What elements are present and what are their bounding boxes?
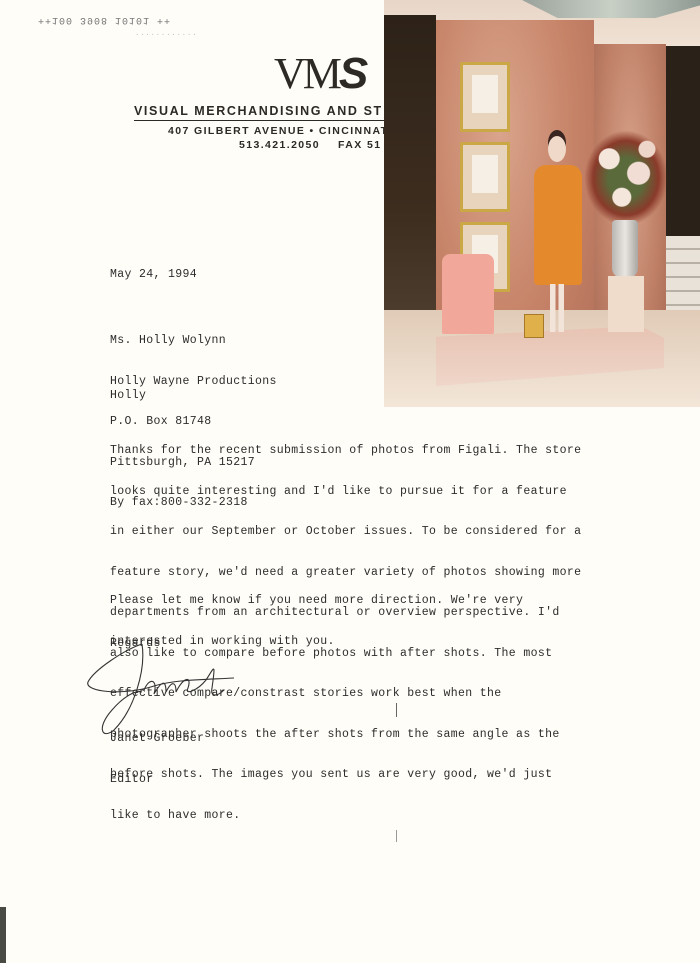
body-line: Please let me know if you need more dire…	[110, 594, 523, 608]
photo-store-interior-right	[666, 46, 700, 236]
mannequin-head	[548, 136, 566, 162]
closing: Regards	[110, 637, 161, 651]
floral-arrangement	[584, 130, 668, 226]
framed-print-2	[460, 142, 510, 212]
signer-block: Janet Groeber Editor	[110, 705, 204, 813]
logo-light-letters: VM	[274, 49, 339, 98]
perfume-bottle	[524, 314, 544, 338]
scan-edge	[0, 907, 6, 963]
scan-mark	[396, 703, 397, 717]
photo-drawers	[666, 236, 700, 312]
letterhead-phone: 513.421.2050FAX 51	[239, 139, 390, 151]
silver-vase	[612, 220, 638, 278]
body-line: Thanks for the recent submission of phot…	[110, 444, 581, 458]
vms-logo: VMS	[274, 52, 368, 96]
framed-print-1	[460, 62, 510, 132]
recipient-line: Ms. Holly Wolynn	[110, 334, 277, 348]
pedestal	[608, 276, 644, 332]
letter-page: ++100 3908 10101 ++ ............ VMS VIS…	[0, 0, 700, 963]
phone-number: 513.421.2050	[239, 139, 320, 151]
letter-date: May 24, 1994	[110, 268, 197, 282]
body-paragraph-2: Please let me know if you need more dire…	[110, 567, 523, 675]
orange-dress	[534, 165, 582, 285]
letterhead-tagline: VISUAL MERCHANDISING AND ST	[134, 104, 390, 121]
signer-title: Editor	[110, 773, 204, 787]
pink-jacket	[442, 254, 494, 334]
scan-mark	[396, 830, 397, 842]
letterhead-address: 407 GILBERT AVENUE • CINCINNAT	[168, 125, 390, 137]
fax-transmission-header: ++100 3908 10101 ++	[38, 14, 171, 25]
body-line: in either our September or October issue…	[110, 525, 581, 539]
signer-name: Janet Groeber	[110, 732, 204, 746]
fax-number: FAX 51	[338, 139, 381, 151]
body-line: looks quite interesting and I'd like to …	[110, 485, 581, 499]
logo-bold-letter: S	[339, 49, 368, 98]
fax-faint-line: ............	[135, 30, 197, 38]
mannequin-legs	[550, 284, 564, 332]
store-display-photo	[384, 0, 700, 407]
salutation: Holly	[110, 389, 146, 403]
body-line: effective compare/constrast stories work…	[110, 687, 581, 701]
recipient-line: Holly Wayne Productions	[110, 375, 277, 389]
body-line: interested in working with you.	[110, 635, 523, 649]
